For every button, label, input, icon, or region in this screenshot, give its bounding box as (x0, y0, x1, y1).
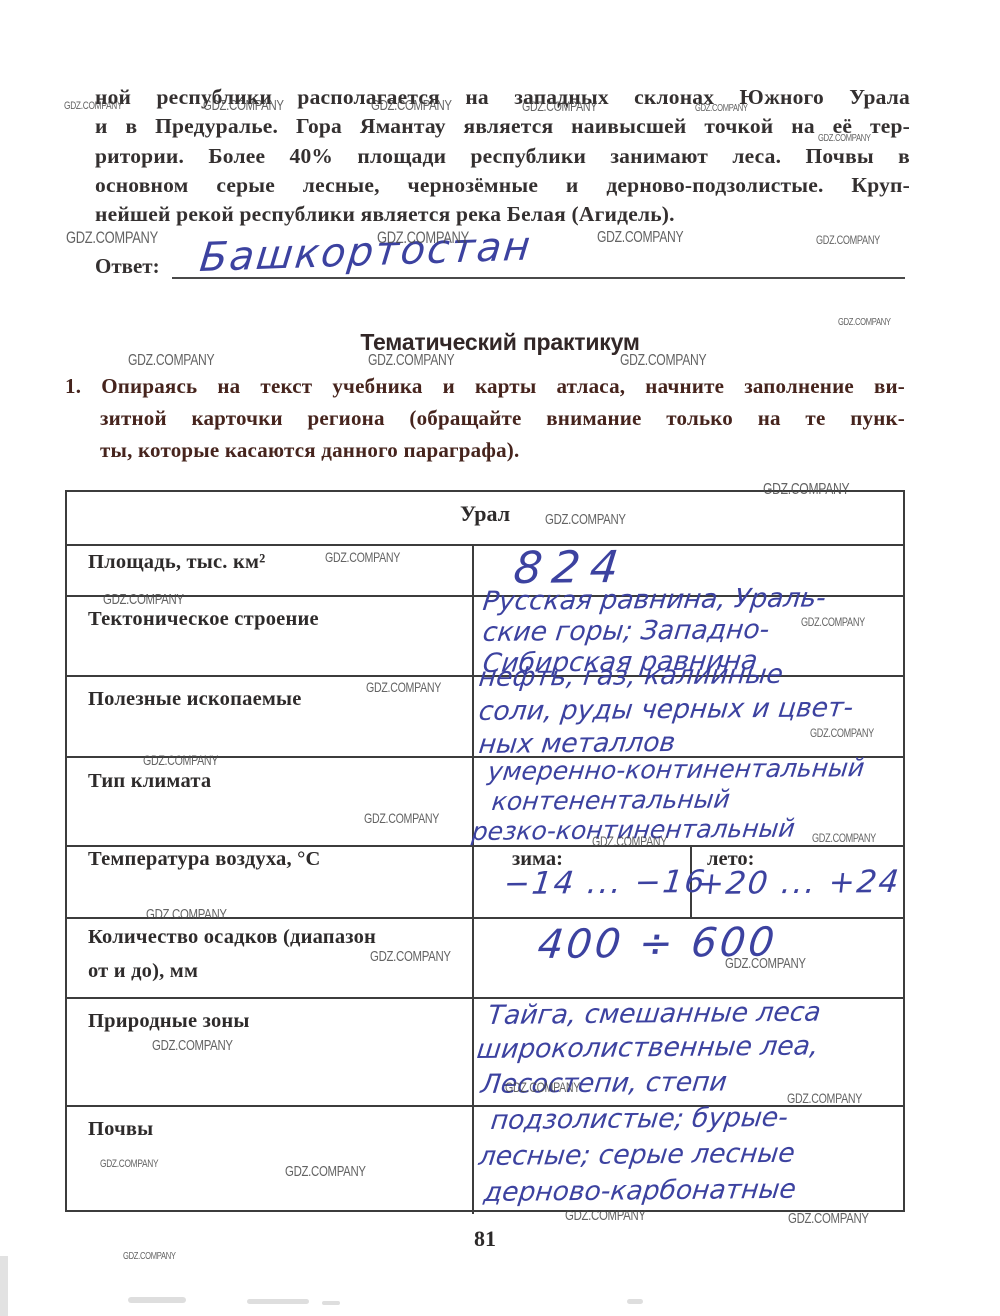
handwritten-minerals: соли, руды черных и цвет- (477, 692, 855, 727)
row-label-climate: Тип климата (88, 770, 211, 793)
row-label-minerals: Полезные ископаемые (88, 688, 302, 711)
watermark: GDZ.COMPANY (146, 906, 227, 923)
watermark: GDZ.COMPANY (725, 955, 806, 972)
watermark: GDZ.COMPANY (695, 103, 748, 114)
row-label-zones: Природные зоны (88, 1010, 250, 1033)
watermark: GDZ.COMPANY (592, 833, 667, 849)
row-label-tectonic: Тектоническое строение (88, 608, 319, 631)
task-line: 1. Опираясь на текст учебника и карты ат… (65, 374, 905, 399)
handwritten-soils: лесные; серые лесные (477, 1138, 796, 1172)
table-line (67, 544, 903, 546)
watermark: GDZ.COMPANY (370, 948, 451, 965)
row-label-soils: Почвы (88, 1118, 153, 1141)
handwritten-minerals: нефть, газ, калийные (477, 659, 784, 693)
watermark: GDZ.COMPANY (371, 97, 452, 114)
watermark: GDZ.COMPANY (143, 752, 218, 768)
watermark: GDZ.COMPANY (545, 511, 626, 528)
watermark: GDZ.COMPANY (364, 810, 439, 826)
handwritten-climate: контенентальный (490, 785, 731, 816)
paragraph-line: и в Предуралье. Гора Ямантау является на… (95, 114, 910, 139)
scanned-workbook-page: ной республики располагается на западных… (0, 0, 1000, 1316)
watermark: GDZ.COMPANY (620, 352, 706, 370)
table-column-divider (472, 544, 474, 1214)
handwritten-zones: Тайга, смешанные леса (486, 997, 822, 1031)
paragraph-line: нейшей рекой республики является река Бе… (95, 202, 910, 227)
watermark: GDZ.COMPANY (366, 679, 441, 695)
watermark: GDZ.COMPANY (103, 591, 184, 608)
handwritten-soils: дерново-карбонатные (482, 1174, 797, 1208)
scan-smudge (128, 1297, 186, 1303)
task-line: зитной карточки региона (обращайте внима… (100, 406, 905, 431)
watermark: GDZ.COMPANY (505, 1079, 580, 1095)
watermark: GDZ.COMPANY (810, 726, 874, 740)
handwritten-tectonic: Русская равнина, Ураль- (481, 582, 827, 617)
page-number: 81 (455, 1226, 515, 1252)
watermark: GDZ.COMPANY (763, 481, 849, 499)
watermark: GDZ.COMPANY (787, 1090, 862, 1106)
watermark: GDZ.COMPANY (801, 615, 865, 629)
scan-smudge (627, 1299, 643, 1304)
handwritten-answer: Башкортостан (198, 223, 535, 280)
handwritten-zones: широколиственные леа, (475, 1030, 820, 1065)
scan-edge-shadow (0, 1256, 8, 1316)
row-label-precipitation: Количество осадков (диапазон (88, 926, 376, 949)
watermark: GDZ.COMPANY (565, 1207, 646, 1224)
row-label-temperature: Температура воздуха, °С (88, 848, 321, 871)
handwritten-summer-temp: +20 ... +24 (696, 864, 902, 902)
watermark: GDZ.COMPANY (325, 549, 400, 565)
handwritten-winter-temp: −14 ... −16 (502, 864, 708, 902)
handwritten-climate: умеренно-континентальный (486, 753, 866, 786)
row-label-precipitation: от и до), мм (88, 960, 198, 983)
watermark: GDZ.COMPANY (285, 1163, 366, 1180)
watermark: GDZ.COMPANY (838, 317, 891, 328)
watermark: GDZ.COMPANY (203, 97, 284, 114)
watermark: GDZ.COMPANY (123, 1251, 176, 1262)
watermark: GDZ.COMPANY (818, 133, 871, 144)
watermark: GDZ.COMPANY (816, 233, 880, 247)
row-label-area: Площадь, тыс. км² (88, 551, 265, 574)
watermark: GDZ.COMPANY (522, 98, 597, 114)
watermark: GDZ.COMPANY (368, 352, 454, 370)
scan-smudge (247, 1299, 309, 1304)
watermark: GDZ.COMPANY (152, 1037, 233, 1054)
watermark: GDZ.COMPANY (788, 1210, 869, 1227)
answer-label: Ответ: (95, 254, 160, 279)
watermark: GDZ.COMPANY (64, 100, 122, 112)
watermark: GDZ.COMPANY (812, 831, 876, 845)
task-line: ты, которые касаются данного параграфа). (100, 438, 519, 463)
table-title: Урал (67, 501, 903, 527)
watermark: GDZ.COMPANY (100, 1158, 158, 1170)
watermark: GDZ.COMPANY (66, 228, 158, 248)
watermark: GDZ.COMPANY (128, 352, 214, 370)
scan-smudge (322, 1301, 340, 1305)
handwritten-soils: подзолистые; бурые- (489, 1102, 789, 1136)
paragraph-line: основном серые лесные, чернозёмные и дер… (95, 173, 910, 198)
paragraph-line: ритории. Более 40% площади республики за… (95, 144, 910, 169)
watermark: GDZ.COMPANY (377, 228, 469, 248)
handwritten-tectonic: ские горы; Западно- (481, 614, 771, 648)
watermark: GDZ.COMPANY (597, 229, 683, 247)
